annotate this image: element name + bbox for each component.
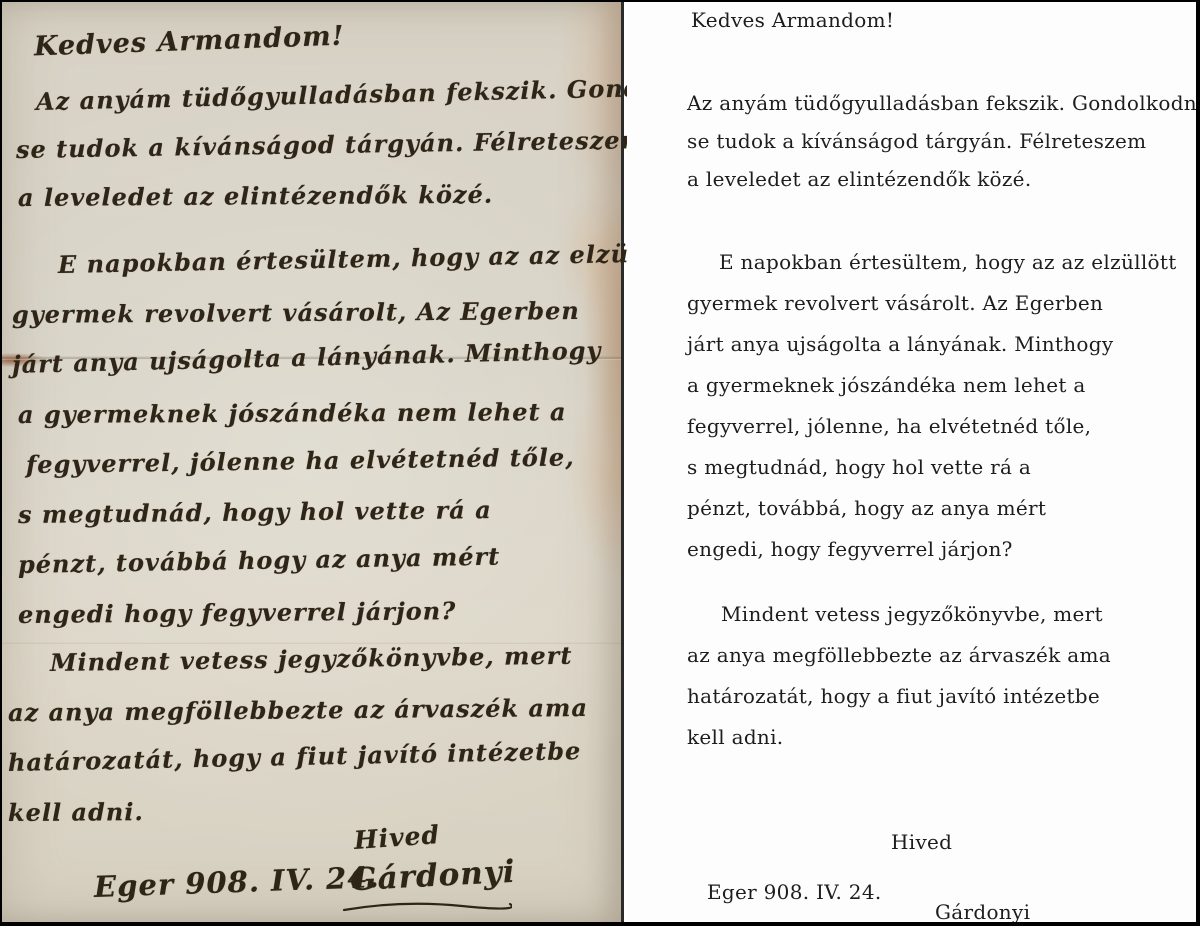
handwritten-line: a leveledet az elintézendők közé. [18, 170, 615, 222]
handwritten-paragraph-2: E napokban értesültem, hogy az az elzüll… [12, 240, 619, 640]
handwritten-salutation: Kedves Armandom! [33, 13, 345, 72]
transcription-line: járt anya ujságolta a lányának. Minthogy [687, 324, 1188, 365]
handwritten-line: se tudok a kívánságod tárgyán. Félretesz… [16, 117, 616, 174]
transcription-line: s megtudnád, hogy hol vette rá a [687, 447, 1188, 488]
handwritten-paragraph-3: Mindent vetess jegyzőkönyvbe, mertaz any… [8, 638, 619, 838]
transcription-line: a leveledet az elintézendők közé. [687, 160, 1188, 198]
transcription-valediction: Hived [891, 830, 952, 854]
handwritten-line: Az anyám tüdőgyulladásban fekszik. Gondo… [35, 65, 615, 126]
handwritten-line: fegyverrel, jólenne ha elvétetnéd tőle, [26, 432, 620, 490]
transcription-salutation: Kedves Armandom! [691, 8, 1188, 32]
transcription-signature: Gárdonyi [935, 900, 1030, 924]
transcription-paragraph-1: Az anyám tüdőgyulladásban fekszik. Gondo… [687, 84, 1188, 198]
transcription-line: Mindent vetess jegyzőkönyvbe, mert [721, 594, 1188, 635]
transcription-line: az anya megföllebbezte az árvaszék ama [687, 635, 1188, 676]
transcription-line: E napokban értesültem, hogy az az elzüll… [719, 242, 1188, 283]
transcription-line: határozatát, hogy a fiut javító intézetb… [687, 676, 1188, 717]
handwritten-line: E napokban értesültem, hogy az az elzüll… [58, 229, 620, 290]
handwritten-place-date: Eger 908. IV. 24. [93, 853, 380, 911]
transcription-paragraph-2: E napokban értesültem, hogy az az elzüll… [687, 242, 1188, 570]
handwritten-line: Mindent vetess jegyzőkönyvbe, mert [50, 630, 620, 688]
letter-comparison-view: Kedves Armandom! Az anyám tüdőgyulladásb… [0, 0, 1200, 926]
handwritten-signature: Gárdonyi [349, 848, 517, 905]
transcription-paragraph-3: Mindent vetess jegyzőkönyvbe, mertaz any… [687, 594, 1188, 758]
scanned-letter-page: Kedves Armandom! Az anyám tüdőgyulladásb… [2, 2, 624, 922]
transcription-line: fegyverrel, jólenne, ha elvétetnéd tőle, [687, 406, 1188, 447]
handwritten-line: kell adni. [8, 784, 619, 838]
transcription-place-date: Eger 908. IV. 24. [707, 880, 882, 904]
transcription-line: pénzt, továbbá, hogy az anya mért [687, 488, 1188, 529]
transcription-line: gyermek revolvert vásárolt. Az Egerben [687, 283, 1188, 324]
transcription-line: a gyermeknek jószándéka nem lehet a [687, 365, 1188, 406]
handwritten-paragraph-1: Az anyám tüdőgyulladásban fekszik. Gondo… [16, 78, 615, 222]
transcription-line: engedi, hogy fegyverrel járjon? [687, 529, 1188, 570]
transcription-line: se tudok a kívánságod tárgyán. Félretesz… [687, 122, 1188, 160]
transcription-line: kell adni. [687, 717, 1188, 758]
handwritten-line: pénzt, továbbá hogy az anya mért [18, 530, 620, 590]
transcription-line: Az anyám tüdőgyulladásban fekszik. Gondo… [687, 84, 1188, 122]
signature-flourish [342, 898, 512, 914]
transcription-page: Kedves Armandom! Az anyám tüdőgyulladásb… [627, 2, 1196, 922]
